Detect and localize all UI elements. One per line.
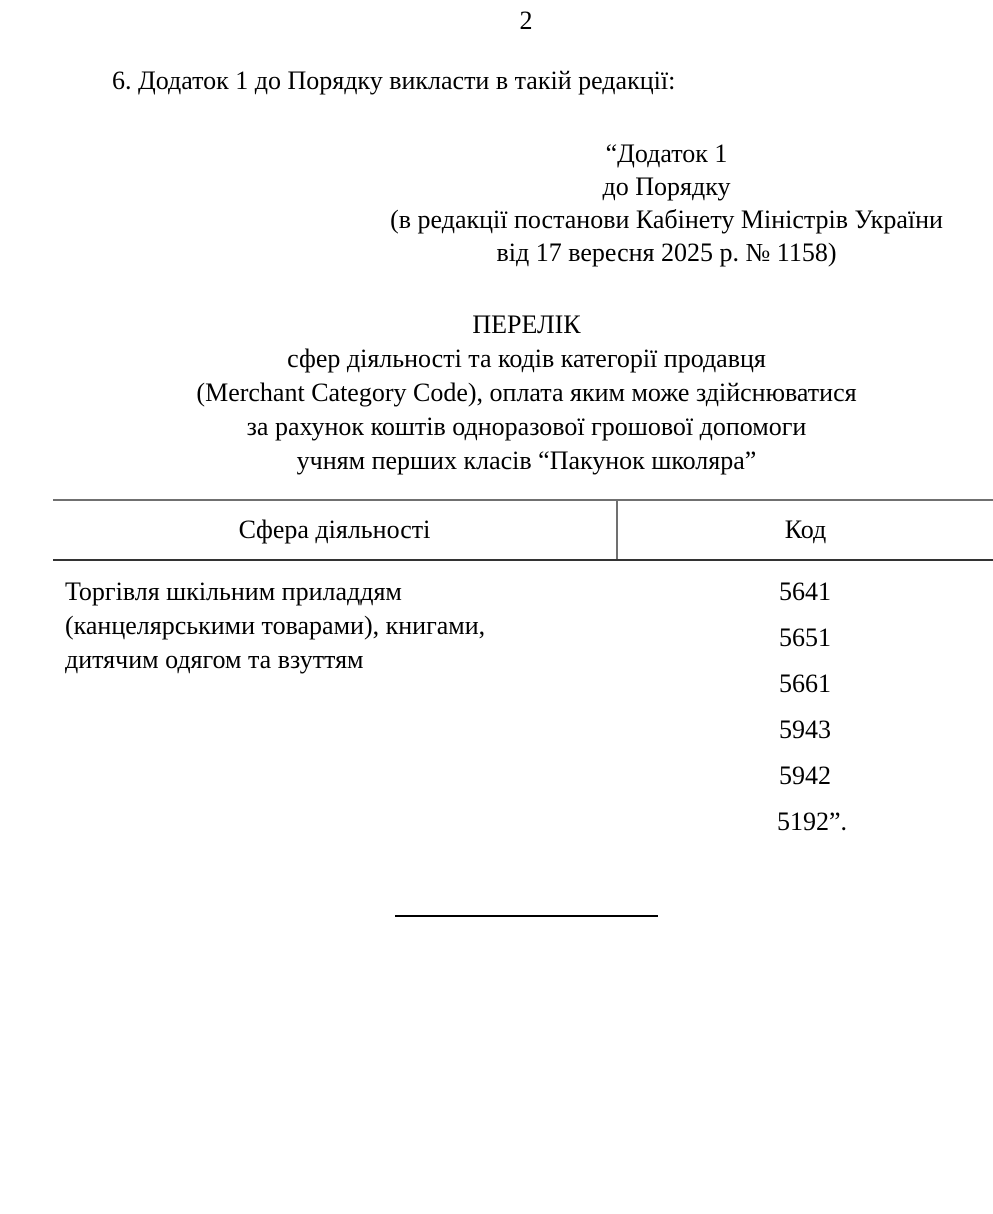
- document-subtitle-line: (Merchant Category Code), оплата яким мо…: [100, 376, 953, 410]
- mcc-table: Сфера діяльності Код Торгівля шкільним п…: [53, 499, 993, 851]
- sphere-text-line: (канцелярськими товарами), книгами,: [65, 609, 616, 643]
- amendment-paragraph: 6. Додаток 1 до Порядку викласти в такій…: [112, 66, 675, 96]
- end-divider-line: [395, 915, 658, 917]
- annex-edition: (в редакції постанови Кабінету Міністрів…: [340, 203, 993, 236]
- sphere-text-line: дитячим одягом та взуттям: [65, 643, 616, 677]
- table-header: Сфера діяльності Код: [53, 499, 993, 561]
- mcc-code: 5942: [616, 759, 993, 805]
- page-number: 2: [0, 6, 993, 36]
- annex-title: “Додаток 1: [340, 137, 993, 170]
- document-subtitle-line: сфер діяльності та кодів категорії прода…: [100, 342, 953, 376]
- mcc-code: 5651: [616, 621, 993, 667]
- document-subtitle-line: за рахунок коштів одноразової грошової д…: [100, 410, 953, 444]
- mcc-code: 5641: [616, 575, 993, 621]
- mcc-code: 5661: [616, 667, 993, 713]
- annex-header: “Додаток 1 до Порядку (в редакції постан…: [340, 137, 993, 269]
- header-sphere: Сфера діяльності: [53, 501, 618, 559]
- annex-reference: до Порядку: [340, 170, 993, 203]
- document-title-block: ПЕРЕЛІК сфер діяльності та кодів категор…: [100, 308, 953, 478]
- sphere-cell: Торгівля шкільним приладдям (канцелярськ…: [53, 561, 616, 851]
- table-row: Торгівля шкільним приладдям (канцелярськ…: [53, 561, 993, 851]
- annex-date: від 17 вересня 2025 р. № 1158): [340, 236, 993, 269]
- header-code: Код: [618, 501, 993, 559]
- document-subtitle-line: учням перших класів “Пакунок школяра”: [100, 444, 953, 478]
- document-heading: ПЕРЕЛІК: [100, 308, 953, 342]
- mcc-code: 5943: [616, 713, 993, 759]
- code-cell: 5641 5651 5661 5943 5942 5192”.: [616, 561, 993, 851]
- mcc-code: 5192”.: [616, 805, 993, 851]
- sphere-text-line: Торгівля шкільним приладдям: [65, 575, 616, 609]
